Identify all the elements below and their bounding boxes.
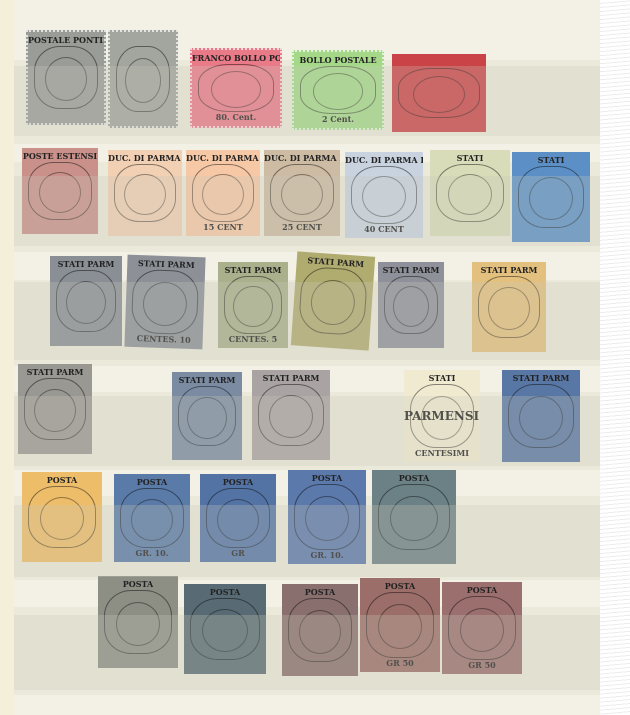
stamp-stati-parm-orange: STATI PARM	[472, 262, 546, 352]
stamp-text-value: PARMENSI 20	[404, 409, 480, 423]
stamp-sicily-blue-gr-10: POSTAGR. 10.	[114, 474, 190, 562]
stamp-text-bottom: GR. 10.	[114, 549, 190, 558]
stamp-parma-stamp-1: DUC. DI PARMA PIAC ECC.	[108, 150, 182, 236]
stamp-text-top: STATI PARM	[472, 266, 546, 275]
stamp-emblem-icon	[202, 174, 243, 215]
stamp-text-top: POSTA	[372, 474, 456, 483]
stamp-sicily-yellow: POSTA	[22, 472, 102, 562]
stamp-stati-parmensi-blue: STATI	[512, 152, 590, 242]
stamp-text-bottom: 25 CENT	[264, 223, 340, 232]
stamp-text-bottom: GR 50	[360, 659, 440, 668]
stamp-text-top: POSTALE PONTIFICIO	[28, 36, 104, 45]
stamp-text-bottom: GR. 10.	[288, 551, 366, 560]
stamp-text-top: DUC. DI PARMA PIAC ECC.	[186, 154, 260, 163]
stamp-text-top: STATI PARM	[378, 266, 444, 275]
stamp-stati-parm-dark: STATI PARM	[378, 262, 444, 348]
stamp-text-top: POSTE ESTENSI	[22, 152, 98, 161]
stamp-emblem-icon	[305, 496, 349, 541]
stamp-emblem-icon	[269, 395, 313, 438]
stamp-text-top: BOLLO POSTALE	[294, 56, 382, 65]
stamp-text-top: STATI PARM	[252, 374, 330, 383]
stamp-emblem-icon	[233, 286, 272, 327]
stamp-text-bottom: CENTES. 10	[125, 334, 203, 346]
stamp-emblem-icon	[488, 287, 529, 330]
stamp-text-bottom: 40 CENT	[345, 225, 423, 234]
stamp-sicily-olive: POSTA	[98, 576, 178, 668]
stamp-text-top: POSTA	[442, 586, 522, 595]
stamp-text-bottom: CENTESIMI	[404, 449, 480, 458]
stamp-emblem-icon	[131, 499, 174, 541]
stamp-text-top: POSTA	[22, 476, 102, 485]
stamp-stati-parm-blue-1: STATI PARM	[172, 372, 242, 460]
stamp-text-bottom: GR	[200, 549, 276, 558]
stamp-stati-parm-brown: STATI PARM	[18, 364, 92, 454]
stamp-stati-parm-blue-2: STATI PARM	[502, 370, 580, 462]
stamp-sicily-brown: POSTA	[282, 584, 358, 676]
stamp-emblem-icon	[211, 71, 260, 108]
stamp-text-bottom: GR 50	[442, 661, 522, 670]
stamp-text-bottom: 2 Cent.	[294, 115, 382, 124]
stamp-text-top: POSTA	[288, 474, 366, 483]
stamp-emblem-icon	[34, 389, 75, 432]
stamp-stati-parmensi-20-centesimi: STATICENTESIMIPARMENSI 20	[404, 370, 480, 462]
stamp-sicily-dark-green: POSTA	[184, 584, 266, 674]
stamp-stati-parm-yellow-1: STATI PARMCENTES. 5	[218, 262, 288, 348]
stamp-emblem-icon	[217, 499, 260, 541]
stamp-text-top: STATI	[430, 154, 510, 163]
stamp-emblem-icon	[390, 496, 437, 541]
stamp-text-bottom: 80. Cent.	[192, 113, 280, 122]
stamp-text-top: POSTA	[360, 582, 440, 591]
page-right-edge	[600, 0, 630, 715]
stamp-text-top: STATI PARM	[127, 259, 205, 271]
stamp-emblem-icon	[187, 397, 226, 439]
stamp-text-top: STATI PARM	[502, 374, 580, 383]
stamp-text-top: STATI	[512, 156, 590, 165]
stamp-stati-parm-black-1: STATI PARM	[50, 256, 122, 346]
stamp-text-top: POSTA	[98, 580, 178, 589]
stamp-emblem-icon	[45, 57, 88, 101]
stamp-sicily-gr-50-2: POSTAGR 50	[442, 582, 522, 674]
stamp-text-top: STATI PARM	[50, 260, 122, 269]
stamp-text-top: DUC. DI PARMA PIAC ECC.	[264, 154, 340, 163]
stamp-sicily-blue-gr: POSTAGR	[200, 474, 276, 562]
stamp-text-top: POSTA	[200, 478, 276, 487]
stamp-emblem-icon	[362, 176, 406, 217]
stamp-text-top: FRANCO BOLLO POSTALE	[192, 54, 280, 63]
page-left-margin	[0, 0, 14, 715]
stamp-papal-states-gray-pair-right	[108, 30, 178, 128]
stamp-emblem-icon	[313, 73, 362, 110]
stamp-text-top: POSTA	[184, 588, 266, 597]
stamp-stati-parm-yellow-2: STATI PARM	[291, 251, 375, 350]
stamp-modena-stamp: POSTE ESTENSI	[22, 148, 98, 234]
stamp-sicily-green: POSTA	[372, 470, 456, 564]
stamp-papal-states-gray-pair-left: POSTALE PONTIFICIO	[26, 30, 106, 125]
stamp-stati-parmensi-green: STATI	[430, 150, 510, 236]
stamp-parma-40-cent: DUC. DI PARMA PIAC ECC.40 CENT	[345, 152, 423, 238]
stamp-text-top: POSTA	[282, 588, 358, 597]
stamp-text-top: POSTA	[114, 478, 190, 487]
stamp-text-top: STATI PARM	[18, 368, 92, 377]
stamp-emblem-icon	[116, 602, 161, 646]
stamp-sicily-gr-50-1: POSTAGR 50	[360, 578, 440, 672]
stamp-text-top: STATI PARM	[218, 266, 288, 275]
stamp-parma-25-cent: DUC. DI PARMA PIAC ECC.25 CENT	[264, 150, 340, 236]
stamp-text-top: DUC. DI PARMA PIAC ECC.	[108, 154, 182, 163]
stamp-red-shield-stamp	[392, 54, 486, 132]
stamp-stati-parm-lilac: STATI PARM	[252, 370, 330, 460]
stamp-parma-15-cent: DUC. DI PARMA PIAC ECC.15 CENT	[186, 150, 260, 236]
stamp-text-bottom: CENTES. 5	[218, 335, 288, 344]
stamp-emblem-icon	[299, 610, 342, 654]
stamp-text-top: STATI	[404, 374, 480, 383]
stamp-stati-parm-black-2: STATI PARMCENTES. 10	[124, 255, 205, 350]
stamp-text-top: DUC. DI PARMA PIAC ECC.	[345, 156, 423, 165]
stamp-papal-states-80-cent: FRANCO BOLLO POSTALE80. Cent.	[190, 48, 282, 128]
stamp-emblem-icon	[519, 396, 563, 440]
stamp-papal-states-2-cent: BOLLO POSTALE2 Cent.	[292, 50, 384, 130]
album-page: POSTALE PONTIFICIOFRANCO BOLLO POSTALE80…	[0, 0, 630, 715]
stamp-text-bottom: 15 CENT	[186, 223, 260, 232]
stamp-emblem-icon	[529, 177, 573, 220]
stamp-emblem-icon	[460, 608, 505, 652]
stamp-sicily-blue-gr-10-cancelled: POSTAGR. 10.	[288, 470, 366, 564]
stamp-text-top: STATI PARM	[172, 376, 242, 385]
stamp-emblem-icon	[124, 174, 165, 215]
